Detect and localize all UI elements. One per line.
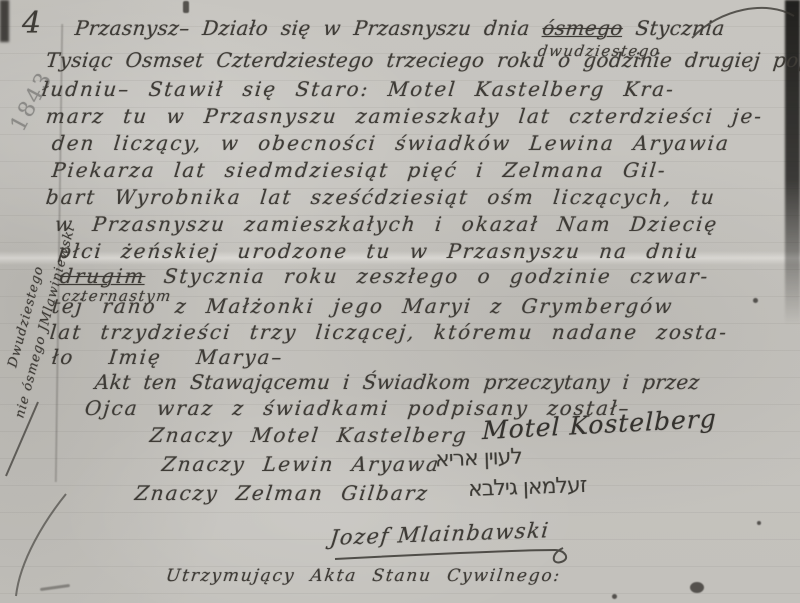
ink-speck bbox=[612, 594, 617, 599]
record-text-line: Przasnysz– Działo się w Przasnyszu dnia … bbox=[74, 16, 726, 40]
ink-speck bbox=[183, 1, 189, 13]
ink-speck bbox=[757, 521, 761, 525]
record-text-line: w Przasnyszu zamieszkałych i okazał Nam … bbox=[54, 212, 720, 236]
scanned-document-page: 4 1843 Dwudziestego nie ósmego JMlawinie… bbox=[0, 0, 800, 603]
struck-word: drugim bbox=[59, 264, 147, 288]
line-text: Przasnysz– Działo się w Przasnyszu dnia bbox=[74, 16, 544, 40]
ink-speck bbox=[690, 582, 704, 593]
record-text-line: Tysiąc Osmset Czterdziestego trzeciego r… bbox=[45, 48, 800, 72]
corner-ink-blob bbox=[0, 0, 9, 42]
struck-word: ósmego bbox=[541, 16, 624, 40]
witness-attestation: Znaczy Zelman Gilbarz bbox=[134, 481, 431, 505]
witness-attestation: Znaczy Motel Kastelberg bbox=[149, 423, 470, 447]
witness-signature-hebrew: לעוין אריא bbox=[435, 444, 523, 472]
record-text-line: den liczący, w obecności świadków Lewina… bbox=[51, 131, 732, 155]
record-text-line: płci żeńskiej urodzone tu w Przasnyszu n… bbox=[57, 239, 701, 263]
record-text-line: łudniu– Stawił się Staro: Motel Kastelbe… bbox=[41, 77, 677, 101]
ink-speck bbox=[753, 298, 758, 303]
registrar-title-line: Utrzymujący Akta Stanu Cywilnego: bbox=[165, 566, 562, 586]
record-text-line: lat trzydzieści trzy liczącej, któremu n… bbox=[49, 320, 730, 344]
witness-signature-hebrew: זעלמאן גילבא bbox=[468, 473, 587, 502]
record-text-line: Akt ten Stawającemu i Świadkom przeczyta… bbox=[94, 370, 701, 394]
act-number: 4 bbox=[22, 6, 41, 41]
witness-attestation: Znaczy Lewin Aryawa bbox=[161, 452, 442, 476]
record-text-line: Piekarza lat siedmdziesiąt pięć i Zelman… bbox=[51, 158, 668, 182]
line-text: Stycznia bbox=[622, 16, 726, 40]
record-text-line: tej rano z Małżonki jego Maryi z Grymber… bbox=[51, 294, 675, 318]
record-text-line: bart Wyrobnika lat sześćdziesiąt ośm lic… bbox=[45, 185, 717, 209]
record-text-line: drugim Stycznia roku zeszłego o godzinie… bbox=[59, 264, 711, 288]
record-text-line: ło Imię Marya– bbox=[51, 345, 285, 369]
record-text-line: marz tu w Przasnyszu zamieszkały lat czt… bbox=[45, 104, 765, 128]
line-text: Stycznia roku zeszłego o godzinie czwar- bbox=[144, 264, 710, 288]
